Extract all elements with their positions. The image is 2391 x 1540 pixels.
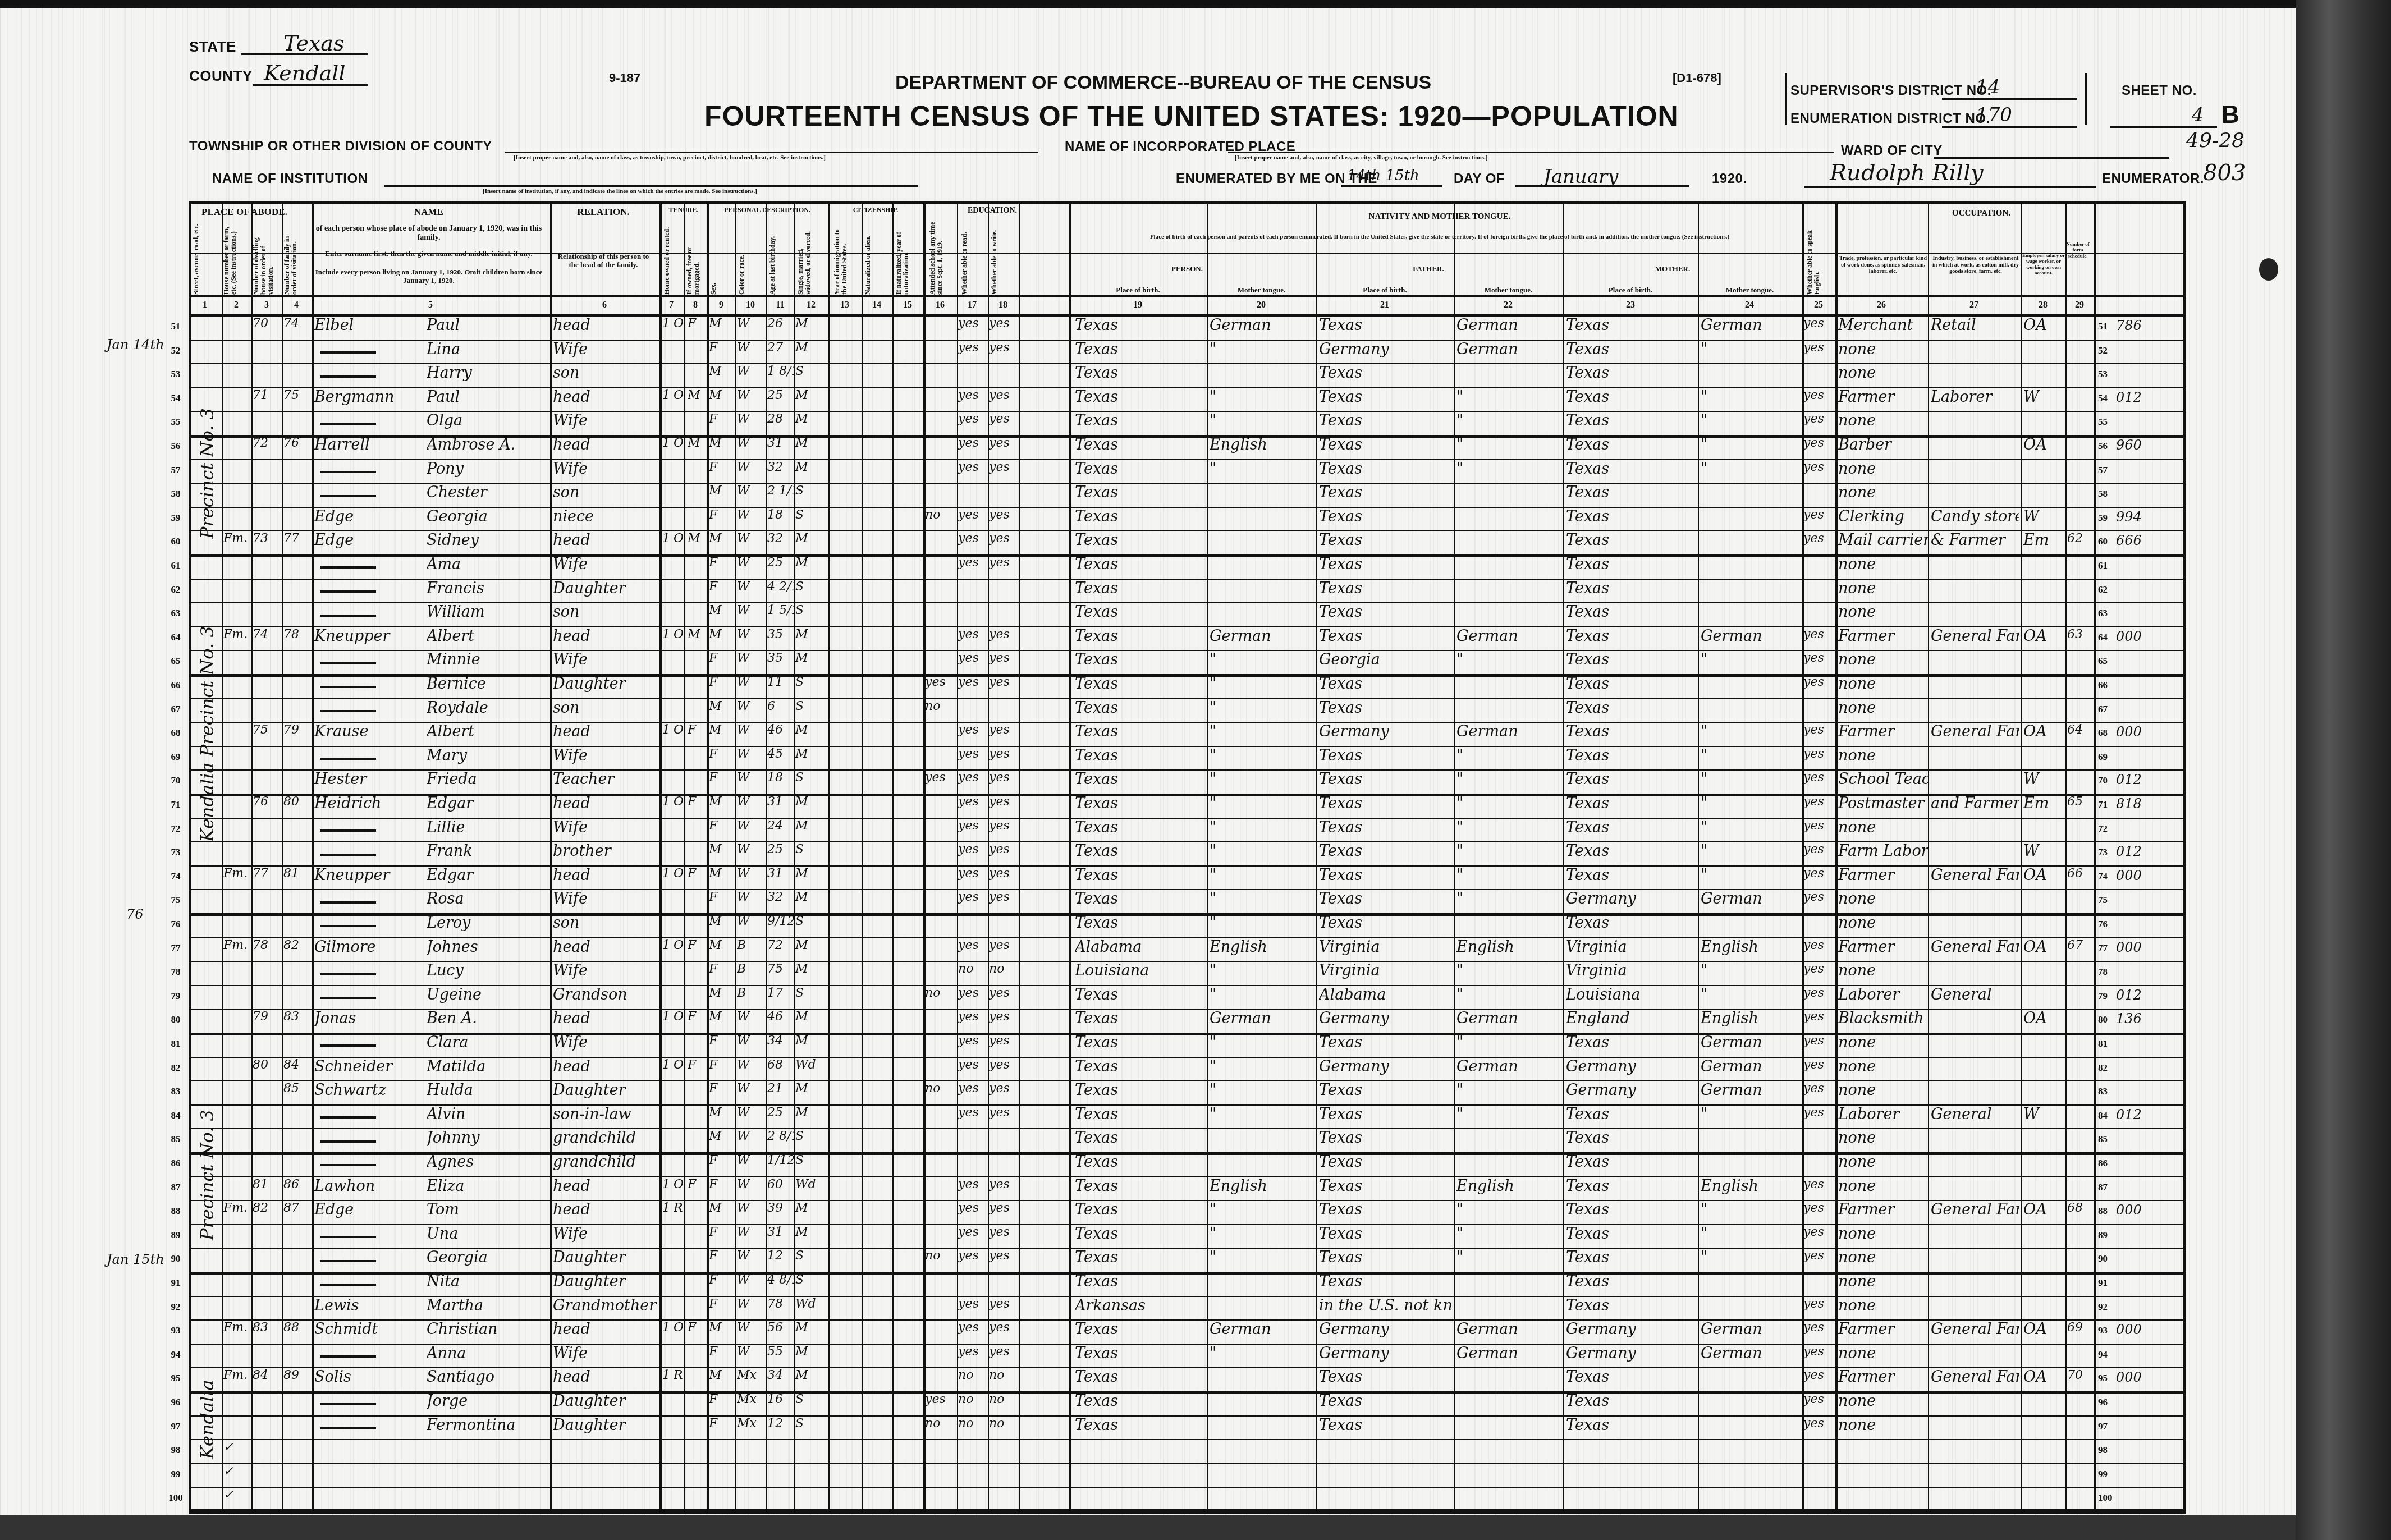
age: 25 <box>767 556 794 570</box>
mother-birthplace: Texas <box>1566 771 1696 788</box>
line-number: 80 <box>164 1014 187 1025</box>
father-tongue: " <box>1456 1034 1562 1051</box>
age: 32 <box>767 890 794 904</box>
race: W <box>737 460 765 474</box>
year-label: 1920. <box>1712 171 1747 187</box>
sex: M <box>709 842 734 856</box>
line-number: 98 <box>164 1445 187 1456</box>
race: W <box>737 1249 765 1263</box>
column-number: 17 <box>961 300 983 310</box>
marital-status: S <box>795 771 827 785</box>
marital-status: M <box>795 1034 827 1048</box>
age: 21 <box>767 1081 794 1096</box>
family-number: 82 <box>283 938 312 952</box>
col-race: Color or race. <box>738 222 745 295</box>
given-name: Hulda <box>427 1081 547 1099</box>
birthplace: Texas <box>1075 460 1205 478</box>
mother-mother-tongue: " <box>1701 867 1801 884</box>
occupation-code: 666 <box>2116 533 2142 548</box>
class-of-worker: OA <box>2023 938 2065 956</box>
dwelling-number: 73 <box>253 531 281 546</box>
ditto-dash <box>320 854 376 856</box>
mother-tongue: " <box>1210 699 1315 717</box>
free-mortgaged: F <box>688 1010 707 1024</box>
industry: Laborer <box>1931 388 2019 406</box>
given-name: Johnes <box>427 938 547 956</box>
industry: General Farm <box>1931 867 2019 884</box>
enumeration-district-value: 170 <box>1976 104 2012 126</box>
marital-status: S <box>795 914 827 928</box>
mother-tongue: " <box>1210 651 1315 668</box>
column-rule <box>282 201 283 1512</box>
relation: head <box>553 436 658 453</box>
mother-mother-tongue: German <box>1701 1081 1801 1099</box>
birthplace: Texas <box>1075 317 1205 334</box>
birthplace: Texas <box>1075 1345 1205 1362</box>
occupation: none <box>1838 675 1928 693</box>
col-speak-english: Whether able to speak English. <box>1806 222 1821 295</box>
father-birthplace: Germany <box>1319 723 1453 740</box>
ditto-dash <box>320 1116 376 1119</box>
surname: Harrell <box>314 436 427 453</box>
line-number: 92 <box>164 1301 187 1313</box>
group-personal-description: PERSONAL DESCRIPTION. <box>708 207 826 214</box>
mother-mother-tongue: " <box>1701 962 1801 979</box>
birthplace: Texas <box>1075 1058 1205 1075</box>
farm-flag: Fm. <box>223 938 250 952</box>
occupation: Farm Laborer <box>1838 842 1928 860</box>
can-read: yes <box>958 1201 987 1215</box>
marital-status: M <box>795 938 827 952</box>
mother-birthplace: Texas <box>1566 603 1696 621</box>
line-number-right: 67 <box>2098 704 2120 715</box>
marital-status: S <box>795 1249 827 1263</box>
given-name: Rosa <box>427 890 547 907</box>
dwelling-number: 76 <box>253 795 281 809</box>
marital-status: S <box>795 986 827 1000</box>
age: 4 2/12 <box>767 580 794 594</box>
mother-tongue: " <box>1210 914 1315 932</box>
sex: F <box>709 1034 734 1048</box>
relation: son-in-law <box>553 1106 658 1123</box>
race: W <box>737 747 765 761</box>
free-mortgaged: F <box>688 867 707 881</box>
line-number: 68 <box>164 727 187 739</box>
relation: niece <box>553 508 658 525</box>
column-rule <box>1698 201 1699 1512</box>
can-write: yes <box>989 819 1018 833</box>
father-tongue: " <box>1456 986 1562 1003</box>
father-birthplace: Texas <box>1319 1201 1453 1218</box>
sex: F <box>709 1297 734 1311</box>
ditto-dash <box>320 423 376 425</box>
race: W <box>737 531 765 546</box>
father-birthplace: Texas <box>1319 484 1453 501</box>
birthplace: Texas <box>1075 795 1205 812</box>
column-number: 27 <box>1963 300 1985 310</box>
occupation: none <box>1838 1249 1928 1266</box>
mother-birthplace: Texas <box>1566 1249 1696 1266</box>
occupation: none <box>1838 1153 1928 1171</box>
header-rule <box>189 295 2186 297</box>
father-birthplace: Texas <box>1319 436 1453 453</box>
marital-status: M <box>795 1225 827 1239</box>
mother-mother-tongue: German <box>1701 890 1801 907</box>
race: W <box>737 914 765 928</box>
mother-mother-tongue: " <box>1701 842 1801 860</box>
margin-note-precinct-1: Precinct No. 3 <box>196 408 218 539</box>
occupation: none <box>1838 1034 1928 1051</box>
marital-status: M <box>795 436 827 450</box>
race: W <box>737 484 765 498</box>
farm-flag: Fm. <box>223 1201 250 1215</box>
column-number: 29 <box>2068 300 2091 310</box>
class-of-worker: OA <box>2023 1321 2065 1338</box>
father-birthplace: Texas <box>1319 1273 1453 1290</box>
given-name: Lillie <box>427 819 547 836</box>
birthplace: Texas <box>1075 627 1205 645</box>
class-of-worker: OA <box>2023 723 2065 740</box>
father-tongue: " <box>1456 842 1562 860</box>
column-number: 16 <box>929 300 951 310</box>
sex: F <box>709 747 734 761</box>
line-number-right: 76 <box>2098 919 2120 930</box>
given-name: Nita <box>427 1273 547 1290</box>
line-number: 100 <box>164 1492 187 1504</box>
age: 60 <box>767 1177 794 1191</box>
line-number-right: 65 <box>2098 656 2120 667</box>
mother-tongue: " <box>1210 986 1315 1003</box>
birthplace: Texas <box>1075 890 1205 907</box>
birthplace: Texas <box>1075 1417 1205 1434</box>
father-place-of-birth: Place of birth. <box>1316 286 1454 295</box>
speaks-english: yes <box>1803 1058 1834 1072</box>
birthplace: Texas <box>1075 1177 1205 1195</box>
institution-hint: [Insert name of institution, if any, and… <box>483 188 757 195</box>
race: B <box>737 938 765 952</box>
sex: F <box>709 1225 734 1239</box>
relation: Wife <box>553 962 658 979</box>
mother-mother-tongue: German <box>1701 317 1801 334</box>
marital-status: S <box>795 1417 827 1431</box>
birthplace: Texas <box>1075 556 1205 573</box>
relation: Wife <box>553 341 658 358</box>
line-number: 91 <box>164 1277 187 1289</box>
marital-status: Wd <box>795 1177 827 1191</box>
can-read: yes <box>958 1010 987 1024</box>
father-birthplace: Germany <box>1319 1058 1453 1075</box>
occupation: none <box>1838 341 1928 358</box>
mother-mother-tongue: German <box>1701 1321 1801 1338</box>
birthplace: Texas <box>1075 1273 1205 1290</box>
enumeration-district-label: ENUMERATION DISTRICT NO. <box>1790 111 1990 127</box>
mother-mother-tongue: " <box>1701 436 1801 453</box>
age: 16 <box>767 1392 794 1406</box>
line-number-right: 98 <box>2098 1445 2120 1456</box>
race: W <box>737 1345 765 1359</box>
birthplace: Texas <box>1075 1034 1205 1051</box>
surname: Solis <box>314 1368 427 1386</box>
occupation: none <box>1838 1297 1928 1314</box>
occupation: Laborer <box>1838 1106 1928 1123</box>
column-rule <box>1207 201 1208 1512</box>
census-sheet: STATE Texas COUNTY Kendall TOWNSHIP OR O… <box>0 0 2296 1540</box>
mother-tongue: German <box>1210 627 1315 645</box>
mother-tongue: " <box>1210 1034 1315 1051</box>
can-write: yes <box>989 747 1018 761</box>
col-home-owned: Home owned or rented. <box>663 222 671 295</box>
marital-status: S <box>795 842 827 856</box>
ditto-dash <box>320 1044 376 1047</box>
mother-tongue: English <box>1210 1177 1315 1195</box>
mother-birthplace: Texas <box>1566 699 1696 717</box>
occupation: Farmer <box>1838 1368 1928 1386</box>
mother-tongue: English <box>1210 938 1315 956</box>
can-read: yes <box>958 1345 987 1359</box>
column-number: 21 <box>1373 300 1396 310</box>
race: W <box>737 580 765 594</box>
speaks-english: yes <box>1803 819 1834 833</box>
race: Mx <box>737 1392 765 1406</box>
family-number: 87 <box>283 1201 312 1215</box>
ditto-dash <box>320 829 376 832</box>
group-citizenship: CITIZENSHIP. <box>830 207 922 214</box>
can-read: yes <box>958 627 987 641</box>
column-rule <box>1563 201 1564 1512</box>
line-number: 63 <box>164 608 187 619</box>
mother-mother-tongue: " <box>1701 747 1801 764</box>
given-name: Ben A. <box>427 1010 547 1027</box>
column-rule <box>892 201 894 1512</box>
line-number: 84 <box>164 1110 187 1121</box>
father-birthplace: Texas <box>1319 1368 1453 1386</box>
can-read: yes <box>958 890 987 904</box>
occupation-industry-header: Industry, business, or establishment in … <box>1931 255 2021 275</box>
line-number-right: 53 <box>2098 369 2120 380</box>
tenure: R <box>674 1368 690 1382</box>
col-street: Street, avenue, road, etc. <box>193 222 200 295</box>
father-birthplace: Texas <box>1319 556 1453 573</box>
race: W <box>737 1058 765 1072</box>
father-birthplace: Virginia <box>1319 938 1453 956</box>
relation: brother <box>553 842 658 860</box>
father-birthplace: Texas <box>1319 1153 1453 1171</box>
col-dwelling: Number of dwelling house in order of vis… <box>253 222 275 295</box>
occupation: none <box>1838 962 1928 979</box>
given-name: Jorge <box>427 1392 547 1410</box>
census-title: FOURTEENTH CENSUS OF THE UNITED STATES: … <box>704 100 1679 132</box>
father-birthplace: Texas <box>1319 795 1453 812</box>
sex: F <box>709 556 734 570</box>
father-birthplace: Texas <box>1319 771 1453 788</box>
free-mortgaged: M <box>688 627 707 641</box>
relation: Wife <box>553 890 658 907</box>
father-tongue: " <box>1456 795 1562 812</box>
race: W <box>737 1297 765 1311</box>
col-school: Attended school any time since Sept. 1, … <box>929 222 943 295</box>
column-rule <box>1069 201 1071 1512</box>
line-number: 99 <box>164 1469 187 1480</box>
line-number: 55 <box>164 416 187 428</box>
father-birthplace: Texas <box>1319 603 1453 621</box>
occupation: Farmer <box>1838 938 1928 956</box>
relation: head <box>553 388 658 406</box>
father-tongue: German <box>1456 723 1562 740</box>
mother-tongue: " <box>1210 771 1315 788</box>
age: 56 <box>767 1321 794 1335</box>
column-number: 23 <box>1619 300 1642 310</box>
can-write: yes <box>989 723 1018 737</box>
speaks-english: yes <box>1803 508 1834 522</box>
can-read: no <box>958 1392 987 1406</box>
mother-birthplace: Virginia <box>1566 962 1696 979</box>
sex: F <box>709 1177 734 1191</box>
relation: Wife <box>553 412 658 429</box>
can-write: no <box>989 962 1018 976</box>
birthplace: Texas <box>1075 1010 1205 1027</box>
occupation: none <box>1838 556 1928 573</box>
occupation-code: 000 <box>2116 939 2142 955</box>
line-number: 70 <box>164 775 187 786</box>
age: 31 <box>767 795 794 809</box>
line-number: 69 <box>164 751 187 763</box>
line-number-right: 100 <box>2098 1492 2120 1504</box>
age: 11 <box>767 675 794 689</box>
attended-school: no <box>925 508 956 522</box>
father-birthplace: Texas <box>1319 1177 1453 1195</box>
birthplace: Texas <box>1075 436 1205 453</box>
can-write: yes <box>989 1321 1018 1335</box>
given-name: Frank <box>427 842 547 860</box>
given-name: William <box>427 603 547 621</box>
mother-mother-tongue: German <box>1701 1345 1801 1362</box>
ditto-dash <box>320 662 376 664</box>
column-rule <box>1019 201 1020 1512</box>
surname: Schneider <box>314 1058 427 1075</box>
dwelling-number: 83 <box>253 1321 281 1335</box>
mother-tongue: " <box>1210 723 1315 740</box>
father-birthplace: Texas <box>1319 580 1453 597</box>
occupation-code: 000 <box>2116 629 2142 644</box>
race: W <box>737 627 765 641</box>
line-number-right: 58 <box>2098 488 2120 499</box>
sex: F <box>709 341 734 355</box>
column-number: 24 <box>1738 300 1761 310</box>
dwelling-number: 70 <box>253 317 281 331</box>
given-name: Chester <box>427 484 547 501</box>
line-number-right: 52 <box>2098 345 2120 356</box>
age: 55 <box>767 1345 794 1359</box>
speaks-english: yes <box>1803 1321 1834 1335</box>
race: W <box>737 1129 765 1143</box>
speaks-english: yes <box>1803 1081 1834 1096</box>
line-number: 64 <box>164 632 187 643</box>
mother-birthplace: Germany <box>1566 890 1696 907</box>
given-name: Edgar <box>427 795 547 812</box>
class-of-worker: W <box>2023 508 2065 525</box>
birthplace: Texas <box>1075 699 1205 717</box>
relation: head <box>553 938 658 956</box>
occupation: School Teacher <box>1838 771 1928 788</box>
surname: Edge <box>314 531 427 549</box>
attended-school: yes <box>925 1392 956 1406</box>
relation: head <box>553 1010 658 1027</box>
column-number: 22 <box>1497 300 1519 310</box>
father-birthplace: Texas <box>1319 508 1453 525</box>
mother-birthplace: Germany <box>1566 1081 1696 1099</box>
occupation: Mail carrier <box>1838 531 1928 549</box>
father-birthplace: Texas <box>1319 675 1453 693</box>
line-number: 66 <box>164 680 187 691</box>
age: 26 <box>767 317 794 331</box>
speaks-english: yes <box>1803 627 1834 641</box>
birthplace: Texas <box>1075 364 1205 382</box>
line-number-right: 82 <box>2098 1062 2120 1074</box>
farm-schedule-number: 70 <box>2067 1368 2093 1382</box>
speaks-english: yes <box>1803 723 1834 737</box>
line-number: 51 <box>164 321 187 332</box>
sex: F <box>709 1058 734 1072</box>
line-number-right: 57 <box>2098 465 2120 476</box>
relation: son <box>553 484 658 501</box>
ward-label: WARD OF CITY <box>1841 143 1943 159</box>
line-number-right: 86 <box>2098 1158 2120 1169</box>
nativity-description: Place of birth of each person and parent… <box>1080 233 1799 241</box>
family-number: 86 <box>283 1177 312 1191</box>
free-mortgaged: F <box>688 1058 707 1072</box>
birthplace: Texas <box>1075 508 1205 525</box>
father-birthplace: Texas <box>1319 388 1453 406</box>
birthplace: Texas <box>1075 842 1205 860</box>
sex: F <box>709 819 734 833</box>
mother-mother-tongue: " <box>1701 1201 1801 1218</box>
family-number: 77 <box>283 531 312 546</box>
speaks-english: yes <box>1803 986 1834 1000</box>
marital-status: S <box>795 1273 827 1287</box>
birthplace: Louisiana <box>1075 962 1205 979</box>
sex: M <box>709 388 734 402</box>
relation: Daughter <box>553 1417 658 1434</box>
speaks-english: yes <box>1803 1225 1834 1239</box>
given-name: Santiago <box>427 1368 547 1386</box>
race: W <box>737 1177 765 1191</box>
father-tongue: " <box>1456 1249 1562 1266</box>
farm-schedule-number: 62 <box>2067 531 2093 546</box>
given-name: Una <box>427 1225 547 1243</box>
dwelling-number: 71 <box>253 388 281 402</box>
relation: grandchild <box>553 1153 658 1171</box>
age: 32 <box>767 460 794 474</box>
farm-schedule-number: 64 <box>2067 723 2093 737</box>
county-value: Kendall <box>264 61 346 85</box>
birthplace: Texas <box>1075 603 1205 621</box>
surname: Krause <box>314 723 427 740</box>
can-write: yes <box>989 1034 1018 1048</box>
free-mortgaged: F <box>688 317 707 331</box>
age: 4 8/12 <box>767 1273 794 1287</box>
farm-flag: ✓ <box>223 1440 250 1454</box>
speaks-english: yes <box>1803 460 1834 474</box>
enumerator-line <box>1804 186 2096 188</box>
column-number: 25 <box>1807 300 1830 310</box>
race: W <box>737 1081 765 1096</box>
column-number: 14 <box>865 300 888 310</box>
marital-status: M <box>795 1106 827 1120</box>
class-of-worker: Em <box>2023 531 2065 549</box>
given-name: Roydale <box>427 699 547 717</box>
occupation: Blacksmith <box>1838 1010 1928 1027</box>
race: W <box>737 651 765 665</box>
